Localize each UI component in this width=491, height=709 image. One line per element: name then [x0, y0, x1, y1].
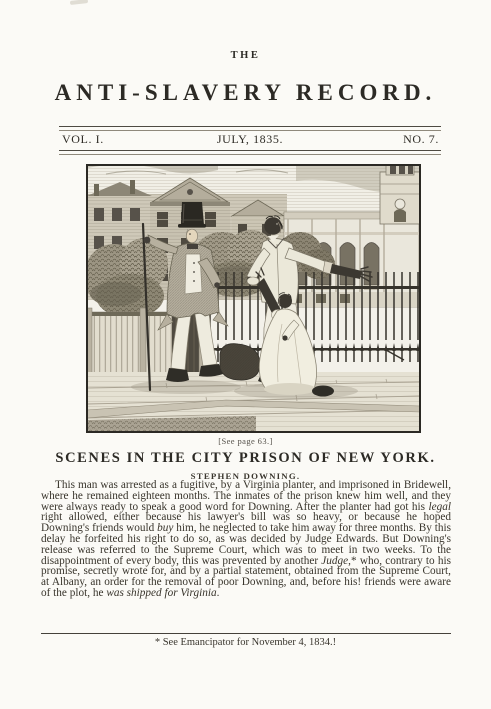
volume-label: VOL. I. — [59, 132, 186, 147]
prison-scene-engraving — [86, 164, 421, 433]
body-text-segment: This man was arrested as a fugitive, by … — [41, 479, 451, 513]
issue-line: VOL. I. JULY, 1835. NO. 7. — [59, 132, 441, 147]
magazine-page: THE ANTI-SLAVERY RECORD. VOL. I. JULY, 1… — [0, 0, 491, 709]
issue-date: JULY, 1835. — [186, 132, 313, 147]
masthead-title: ANTI-SLAVERY RECORD. — [0, 80, 491, 106]
body-text-segment-italic: was shipped for Virginia — [106, 587, 216, 599]
paper-smudge — [70, 0, 88, 5]
issue-number: NO. 7. — [314, 132, 441, 147]
footnote-rule — [41, 633, 451, 634]
body-text-segment: . — [217, 587, 220, 599]
masthead-kicker: THE — [0, 50, 491, 61]
article-title: SCENES IN THE CITY PRISON OF NEW YORK. — [0, 450, 491, 467]
illustration-caption: [See page 63.] — [0, 436, 491, 446]
footnote: * See Emancipator for November 4, 1834.! — [0, 637, 491, 648]
engraving-illustration — [86, 164, 421, 433]
article-body: This man was arrested as a fugitive, by … — [41, 480, 451, 599]
masthead-rule-top — [59, 126, 441, 131]
masthead-rule-bottom — [59, 150, 441, 155]
